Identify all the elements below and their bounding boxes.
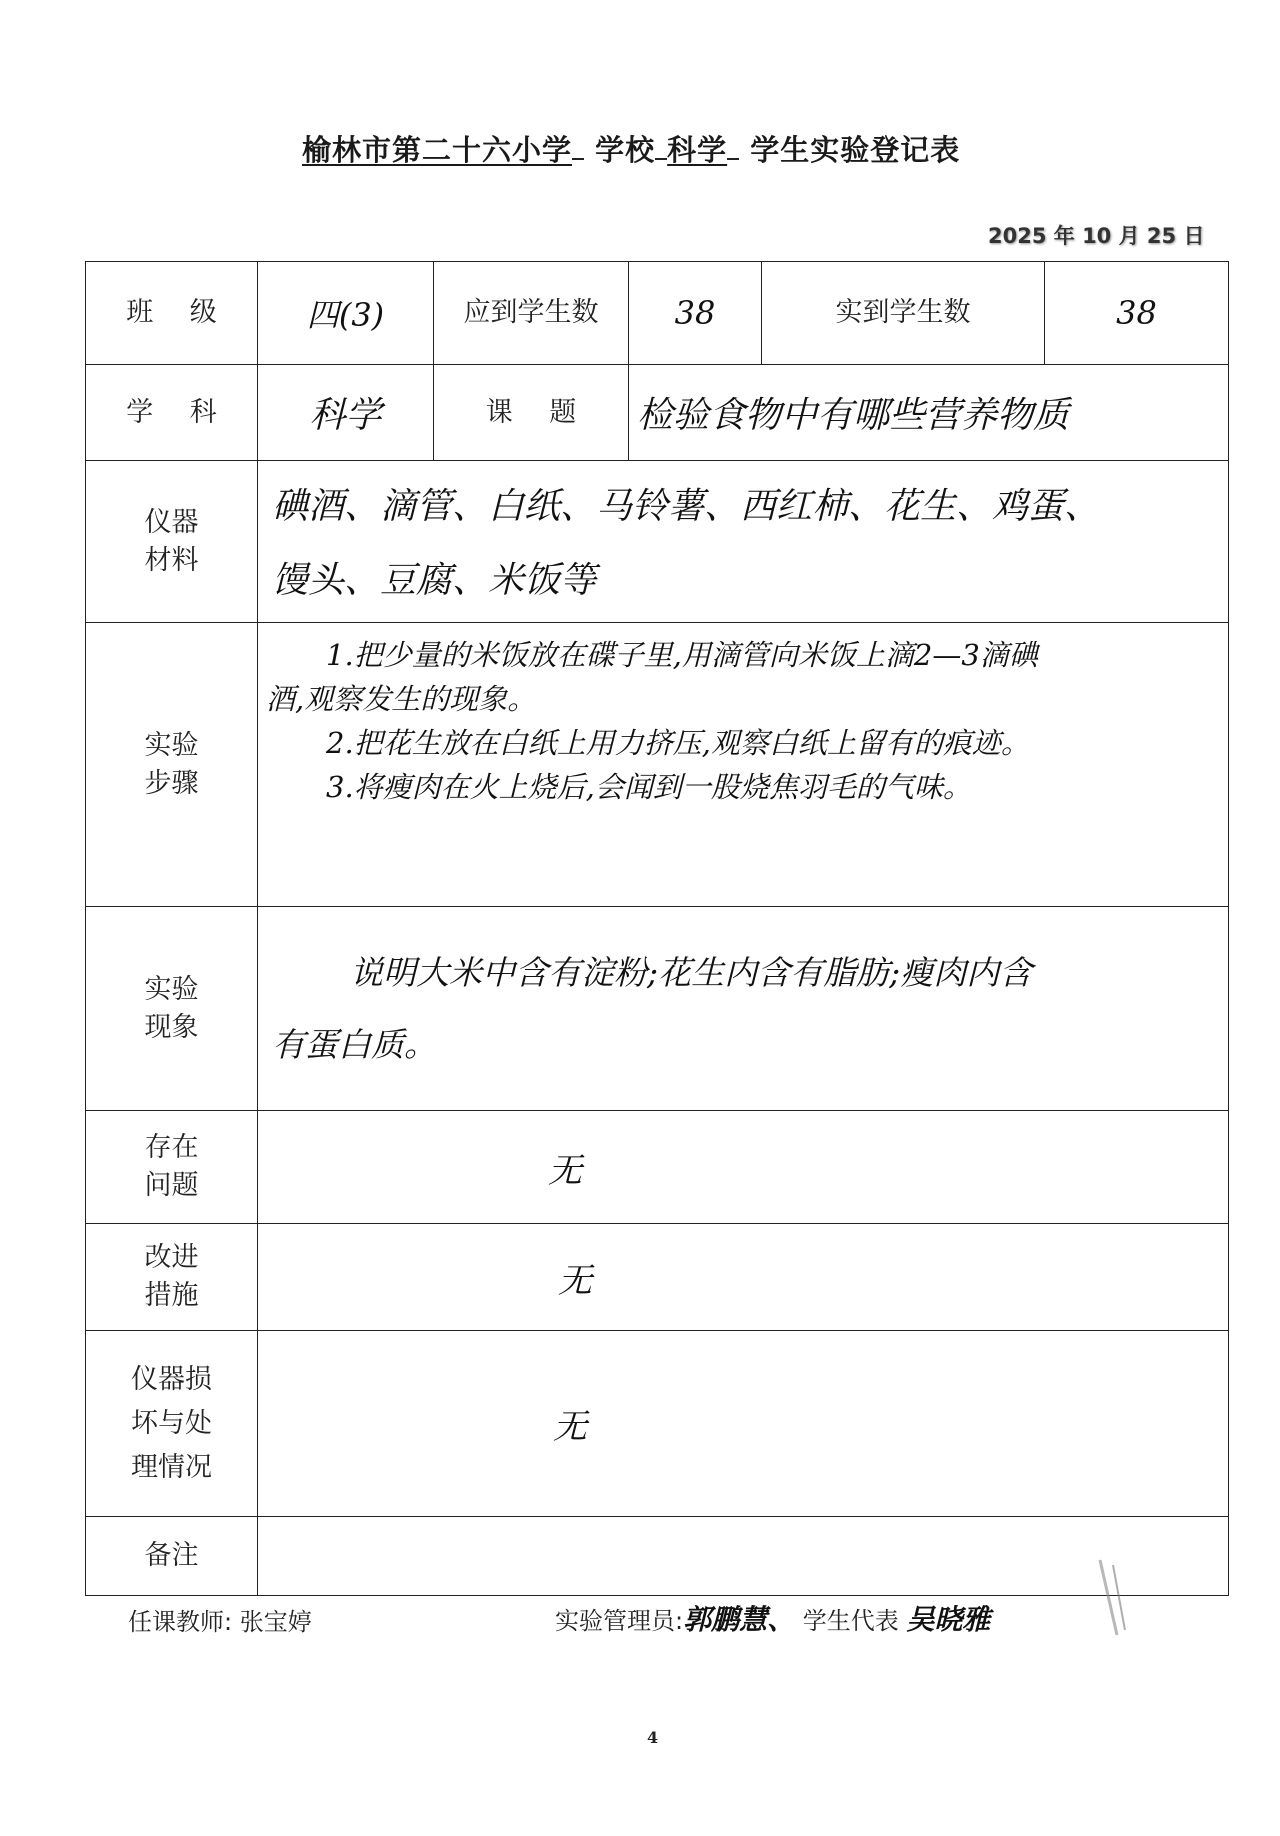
- step-3: 3.将瘦肉在火上烧后,会闻到一股烧焦羽毛的气味。: [266, 765, 1220, 809]
- damage-value[interactable]: 无: [258, 1331, 1229, 1517]
- improvements-label-line1: 改进: [86, 1239, 257, 1277]
- teacher-label: 任课教师:: [128, 1608, 232, 1636]
- row-subject-topic: 学 科 科学 课 题 检验食物中有哪些营养物质: [86, 365, 1229, 461]
- topic-label: 课 题: [434, 365, 629, 461]
- form-title: 榆林市第二十六小学 学校科学 学生实验登记表: [302, 128, 960, 169]
- admin-name: 郭鹏慧、: [683, 1603, 795, 1636]
- admin-signature: 实验管理员:郭鹏慧、 学生代表 吴晓雅: [555, 1598, 990, 1638]
- teacher-name: 张宝婷: [240, 1608, 312, 1636]
- materials-line1: 碘酒、滴管、白纸、马铃薯、西红柿、花生、鸡蛋、: [272, 468, 1214, 546]
- student-rep-label: 学生代表: [803, 1607, 899, 1635]
- improvements-value[interactable]: 无: [258, 1224, 1229, 1331]
- phenomenon-label: 实验 现象: [86, 907, 258, 1111]
- materials-label-line2: 材料: [86, 542, 257, 580]
- expected-students-value[interactable]: 38: [629, 262, 762, 365]
- admin-label: 实验管理员:: [555, 1607, 683, 1635]
- row-class-attendance: 班 级 四(3) 应到学生数 38 实到学生数 38: [86, 262, 1229, 365]
- underline-gap: [572, 157, 584, 160]
- steps-value[interactable]: 1.把少量的米饭放在碟子里,用滴管向米饭上滴2—3滴碘 酒,观察发生的现象。 2…: [258, 623, 1229, 907]
- problems-label-line2: 问题: [86, 1167, 257, 1205]
- steps-label: 实验 步骤: [86, 623, 258, 907]
- row-steps: 实验 步骤 1.把少量的米饭放在碟子里,用滴管向米饭上滴2—3滴碘 酒,观察发生…: [86, 623, 1229, 907]
- improvements-label-line2: 措施: [86, 1277, 257, 1315]
- teacher-signature: 任课教师: 张宝婷: [128, 1602, 312, 1637]
- actual-students-label: 实到学生数: [762, 262, 1045, 365]
- phenomenon-value[interactable]: 说明大米中含有淀粉;花生内含有脂肪;瘦肉内含 有蛋白质。: [258, 907, 1229, 1111]
- expected-students-label: 应到学生数: [434, 262, 629, 365]
- row-improvements: 改进 措施 无: [86, 1224, 1229, 1331]
- materials-value[interactable]: 碘酒、滴管、白纸、马铃薯、西红柿、花生、鸡蛋、 馒头、豆腐、米饭等: [258, 461, 1229, 623]
- phenomenon-line1: 说明大米中含有淀粉;花生内含有脂肪;瘦肉内含: [272, 937, 1214, 1009]
- subject-name: 科学: [667, 133, 727, 167]
- remarks-value[interactable]: [258, 1517, 1229, 1596]
- experiment-register-table: 班 级 四(3) 应到学生数 38 实到学生数 38 学 科 科学 课 题 检验…: [85, 261, 1229, 1596]
- materials-line2: 馒头、豆腐、米饭等: [272, 546, 1214, 616]
- remarks-label: 备注: [86, 1517, 258, 1596]
- problems-value[interactable]: 无: [258, 1111, 1229, 1224]
- damage-label-line1: 仪器损: [86, 1358, 257, 1402]
- damage-label-line2: 坏与处: [86, 1402, 257, 1446]
- subject-value[interactable]: 科学: [258, 365, 434, 461]
- step-2: 2.把花生放在白纸上用力挤压,观察白纸上留有的痕迹。: [266, 721, 1220, 765]
- phenomenon-label-line1: 实验: [86, 971, 257, 1009]
- school-suffix: 学校: [595, 133, 655, 167]
- form-date: 2025 年 10 月 25 日: [988, 220, 1204, 250]
- improvements-label: 改进 措施: [86, 1224, 258, 1331]
- student-rep-name: 吴晓雅: [906, 1603, 990, 1636]
- materials-label: 仪器 材料: [86, 461, 258, 623]
- actual-students-value[interactable]: 38: [1045, 262, 1229, 365]
- subject-label: 学 科: [86, 365, 258, 461]
- title-suffix: 学生实验登记表: [750, 133, 960, 167]
- step-1-line2: 酒,观察发生的现象。: [266, 677, 1220, 721]
- topic-value[interactable]: 检验食物中有哪些营养物质: [629, 365, 1229, 461]
- row-materials: 仪器 材料 碘酒、滴管、白纸、马铃薯、西红柿、花生、鸡蛋、 馒头、豆腐、米饭等: [86, 461, 1229, 623]
- underline-gap: [727, 157, 739, 160]
- page-number: 4: [647, 1728, 658, 1747]
- materials-label-line1: 仪器: [86, 504, 257, 542]
- problems-label-line1: 存在: [86, 1129, 257, 1167]
- steps-label-line2: 步骤: [86, 765, 257, 803]
- damage-label: 仪器损 坏与处 理情况: [86, 1331, 258, 1517]
- damage-label-line3: 理情况: [86, 1446, 257, 1490]
- row-remarks: 备注: [86, 1517, 1229, 1596]
- underline-gap: [655, 157, 667, 160]
- phenomenon-label-line2: 现象: [86, 1009, 257, 1047]
- steps-label-line1: 实验: [86, 727, 257, 765]
- row-problems: 存在 问题 无: [86, 1111, 1229, 1224]
- class-value[interactable]: 四(3): [258, 262, 434, 365]
- step-1-line1: 1.把少量的米饭放在碟子里,用滴管向米饭上滴2—3滴碘: [266, 633, 1220, 677]
- class-label: 班 级: [86, 262, 258, 365]
- row-phenomenon: 实验 现象 说明大米中含有淀粉;花生内含有脂肪;瘦肉内含 有蛋白质。: [86, 907, 1229, 1111]
- problems-label: 存在 问题: [86, 1111, 258, 1224]
- school-name: 榆林市第二十六小学: [302, 133, 572, 167]
- phenomenon-line2: 有蛋白质。: [272, 1009, 1214, 1081]
- row-damage: 仪器损 坏与处 理情况 无: [86, 1331, 1229, 1517]
